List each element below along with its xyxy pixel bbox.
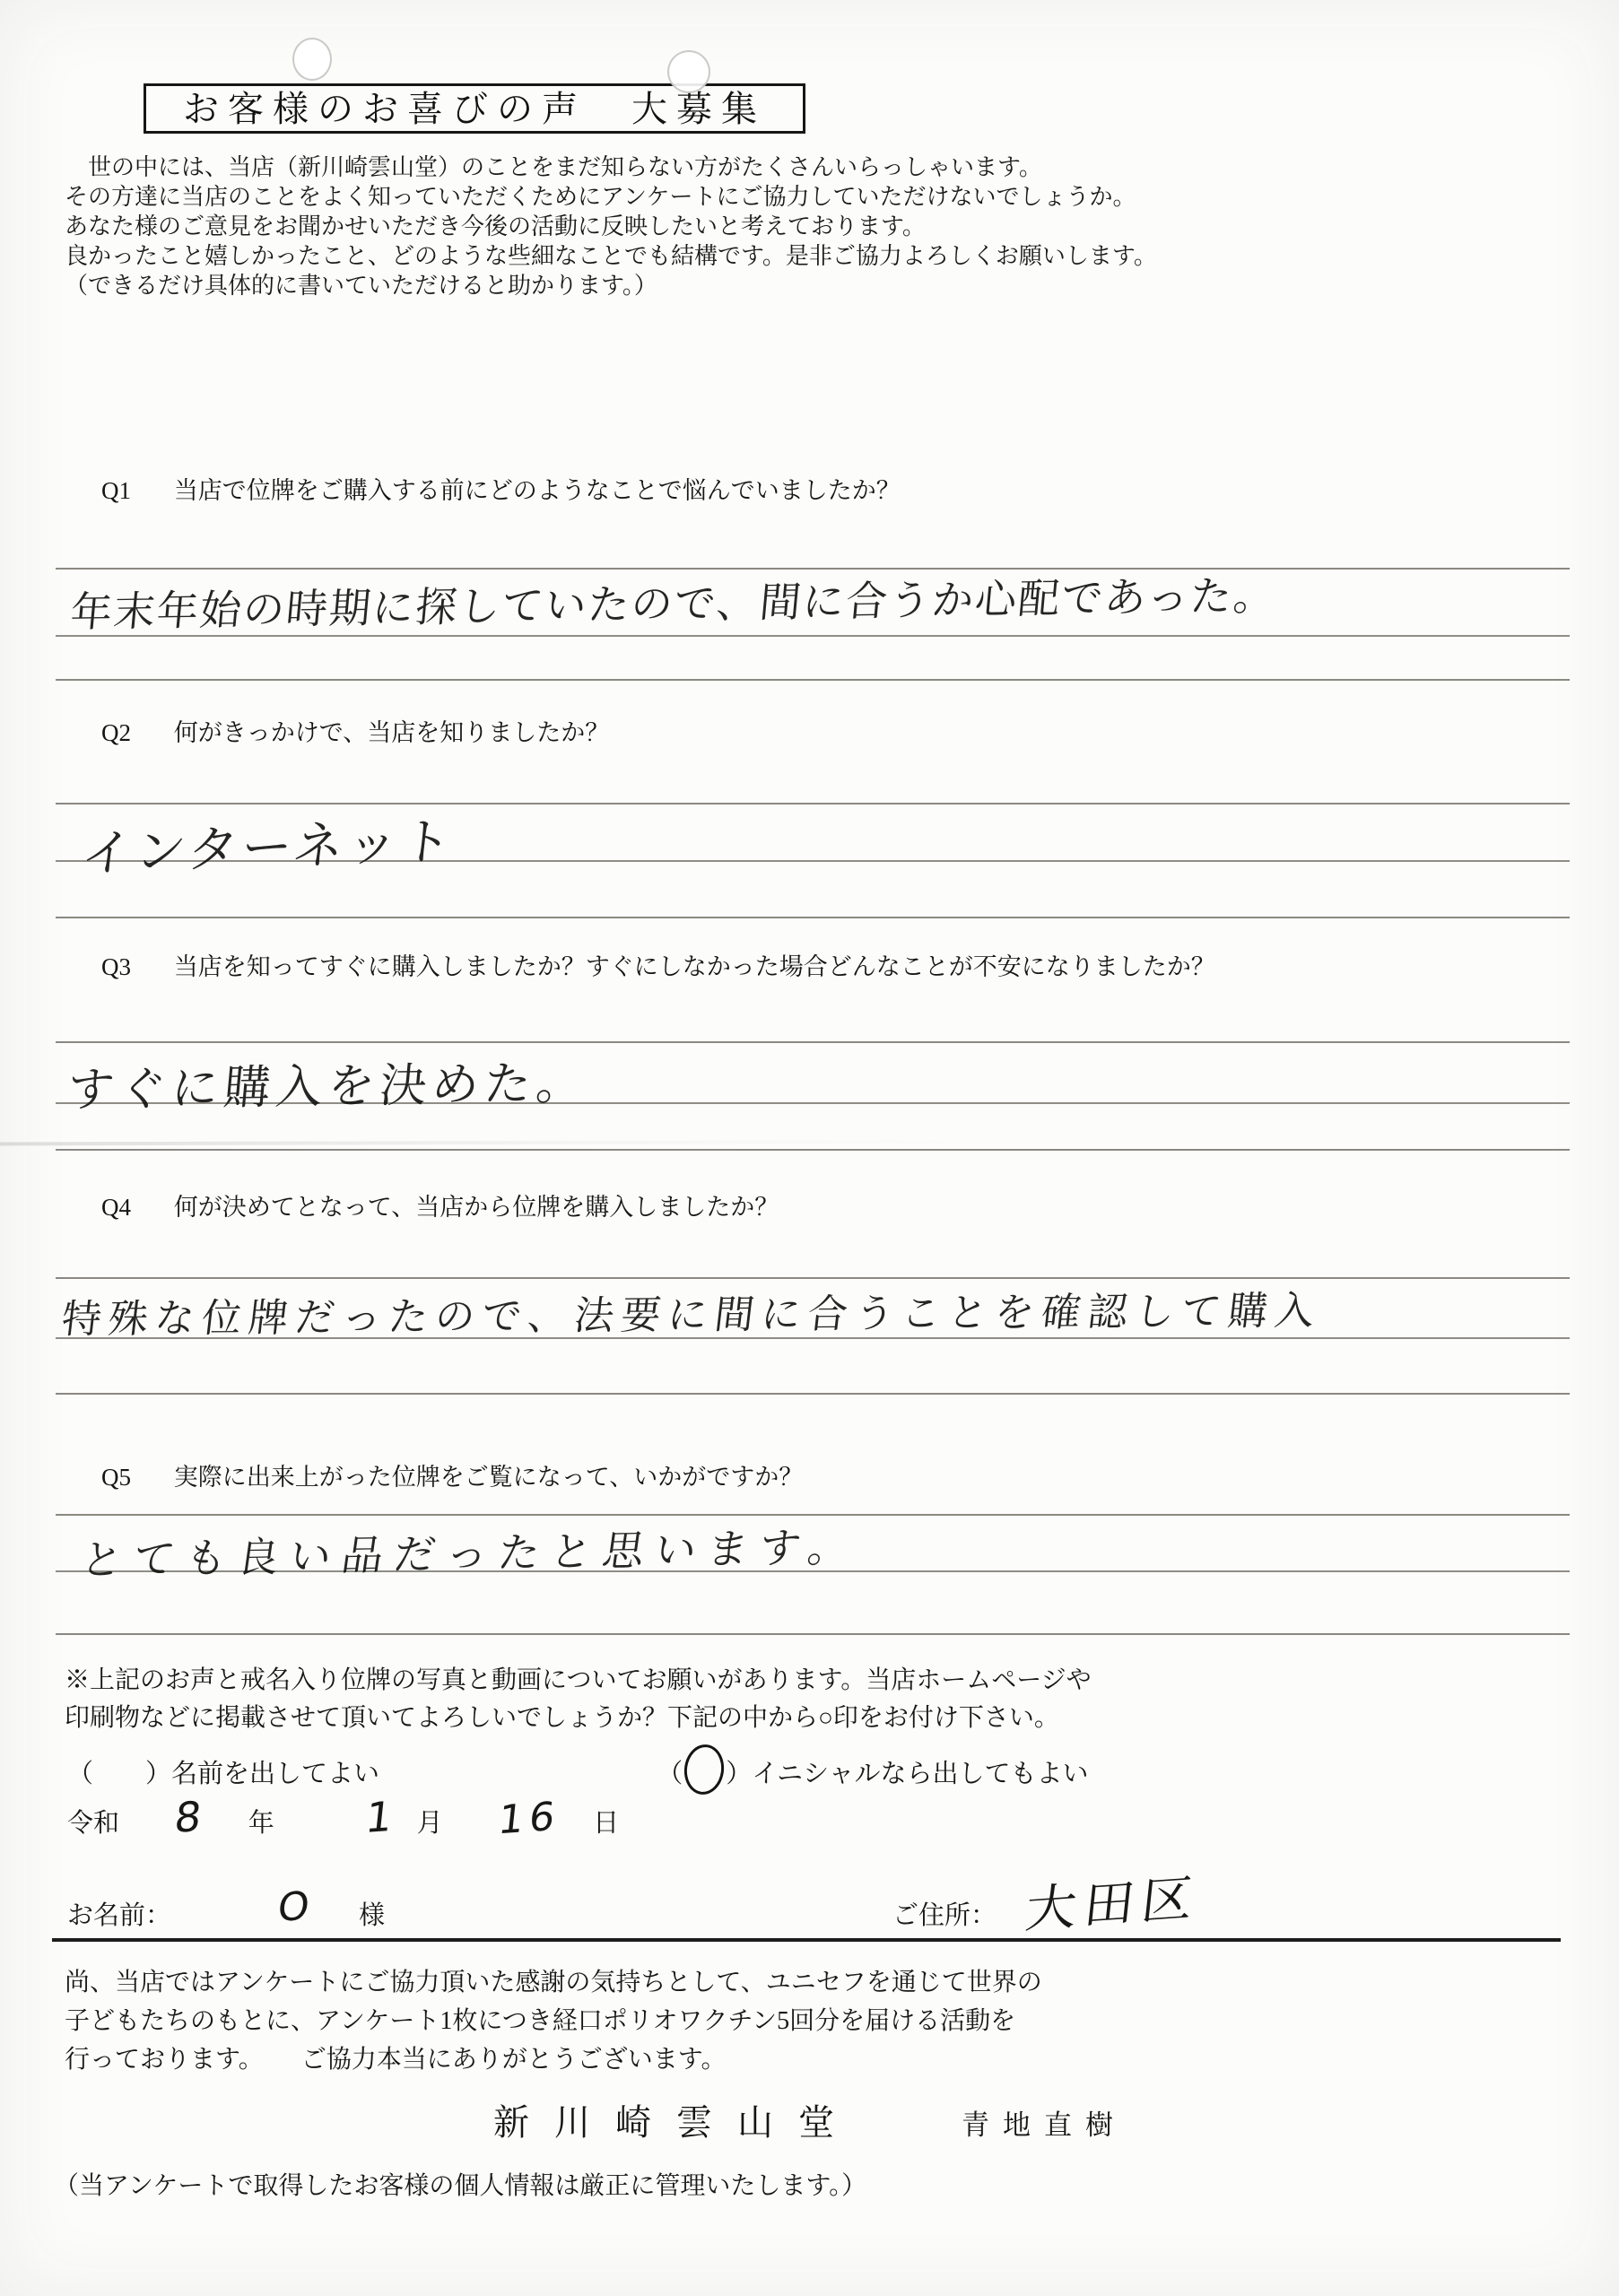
address-label: ご住所： [892, 1895, 997, 1932]
shop-signature-row: 新川崎雲山堂 青地直樹 [0, 2094, 1619, 2141]
answer-area-q1: 年末年始の時期に探していたので、間に合うか心配であった。 [56, 568, 1570, 681]
question-label: Q3 [101, 953, 168, 981]
handwritten-year: 8 [172, 1792, 204, 1842]
handwritten-circle-mark [682, 1743, 727, 1797]
month-label: 月 [417, 1809, 443, 1838]
form-title: お客様のお喜びの声 大募集 [183, 89, 766, 129]
handwritten-answer-q4: 特殊な位牌だったので、法要に間に合うことを確認して購入 [59, 1278, 1326, 1344]
question-text: 実際に出来上がった位牌をご覧になって、いかがですか？ [174, 1464, 803, 1491]
footer-line: 行っております。 ご協力本当にありがとうございます。 [65, 2040, 1619, 2079]
question-label: Q5 [101, 1464, 168, 1492]
option-show-name-label: （ ）名前を出してよい [67, 1760, 379, 1788]
answer-ruled-line [56, 637, 1570, 681]
answer-area-q2: インターネット [56, 803, 1570, 918]
era-label: 令和 [67, 1809, 119, 1838]
intro-line: あなた様のご意見をお聞かせいただき今後の活動に反映したいと考えております。 [65, 212, 1589, 241]
punch-hole [292, 38, 332, 81]
handwritten-name-initial: O [275, 1883, 311, 1931]
permission-options: （ ）名前を出してよい （）イニシャルなら出してもよい [67, 1744, 1619, 1789]
privacy-note: （当アンケートで取得したお客様の個人情報は厳正に管理いたします。） [54, 2166, 1619, 2202]
answer-area-q3: すぐに購入を決めた。 [56, 1041, 1570, 1151]
publication-permission-note: ※上記のお声と戒名入り位牌の写真と動画についてお願いがあります。当店ホームページ… [65, 1662, 1619, 1737]
intro-line: 良かったこと嬉しかったこと、どのような些細なことでも結構です。是非ご協力よろしく… [65, 241, 1589, 271]
handwritten-address: 大田区 [1023, 1858, 1204, 1942]
year-label: 年 [248, 1809, 274, 1838]
answer-area-q5: とても良い品だったと思います。 [56, 1514, 1570, 1635]
question-q4: Q4 何が決めてとなって、当店から位牌を購入しましたか？ [101, 1187, 1619, 1222]
date-row: 令和 8 年 1 月 16 日 [67, 1793, 1619, 1848]
owner-name: 青地直樹 [962, 2109, 1127, 2141]
handwritten-day: 16 [496, 1794, 562, 1844]
name-address-row: お名前： O 様 ご住所： 大田区 [0, 1884, 1619, 1936]
scanned-survey-page: お客様のお喜びの声 大募集 世の中には、当店（新川崎雲山堂）のことをまだ知らない… [0, 0, 1619, 2296]
question-label: Q1 [101, 477, 168, 505]
answer-ruled-line [56, 1339, 1570, 1395]
signature-divider-line [52, 1938, 1561, 1942]
question-text: 当店を知ってすぐに購入しましたか？すぐにしなかった場合どんなことが不安になりまし… [174, 953, 1215, 980]
question-q5: Q5 実際に出来上がった位牌をご覧になって、いかがですか？ [101, 1457, 1619, 1492]
handwritten-answer-q2: インターネット [78, 802, 459, 886]
question-text: 何が決めてとなって、当店から位牌を購入しましたか？ [174, 1194, 779, 1221]
note-line: 印刷物などに掲載させて頂いてよろしいでしょうか？下記の中から○印をお付け下さい。 [65, 1700, 1619, 1737]
intro-line: 世の中には、当店（新川崎雲山堂）のことをまだ知らない方がたくさんいらっしゃいます… [65, 152, 1589, 182]
intro-line: その方達に当店のことをよく知っていただくためにアンケートにご協力していただけない… [65, 182, 1589, 212]
question-q3: Q3 当店を知ってすぐに購入しましたか？すぐにしなかった場合どんなことが不安にな… [101, 947, 1619, 982]
day-label: 日 [593, 1809, 619, 1838]
question-q2: Q2 何がきっかけで、当店を知りましたか？ [101, 713, 1619, 748]
note-line: ※上記のお声と戒名入り位牌の写真と動画についてお願いがあります。当店ホームページ… [65, 1662, 1619, 1700]
name-label: お名前： [67, 1895, 171, 1932]
intro-line: （できるだけ具体的に書いていただけると助かります。） [65, 271, 1589, 300]
option-show-initial-label: イニシャルなら出してもよい [752, 1760, 1088, 1788]
option-show-name: （ ）名前を出してよい [67, 1753, 650, 1790]
answer-area-q4: 特殊な位牌だったので、法要に間に合うことを確認して購入 [56, 1277, 1570, 1395]
question-label: Q4 [101, 1194, 168, 1222]
name-honorific: 様 [359, 1895, 385, 1932]
footer-line: 尚、当店ではアンケートにご協力頂いた感謝の気持ちとして、ユニセフを通じて世界の [65, 1963, 1619, 2002]
handwritten-answer-q3: すぐに購入を決めた。 [65, 1045, 592, 1119]
footer-line: 子どもたちのもとに、アンケート1枚につき経口ポリオワクチン5回分を届ける活動を [65, 2002, 1619, 2040]
option-show-initial: （）イニシャルなら出してもよい [657, 1760, 1088, 1788]
intro-paragraph: 世の中には、当店（新川崎雲山堂）のことをまだ知らない方がたくさんいらっしゃいます… [65, 152, 1589, 300]
question-label: Q2 [101, 719, 168, 747]
handwritten-month: 1 [363, 1792, 395, 1842]
footer-paragraph: 尚、当店ではアンケートにご協力頂いた感謝の気持ちとして、ユニセフを通じて世界の … [65, 1963, 1619, 2079]
paren-close: ） [726, 1760, 752, 1788]
question-text: 何がきっかけで、当店を知りましたか？ [174, 719, 609, 746]
shop-name: 新川崎雲山堂 [493, 2102, 859, 2143]
question-text: 当店で位牌をご購入する前にどのようなことで悩んでいましたか？ [174, 477, 901, 504]
paren-open: （ [657, 1760, 683, 1788]
form-title-box: お客様のお喜びの声 大募集 [144, 83, 805, 134]
punch-hole [667, 50, 710, 93]
question-q1: Q1 当店で位牌をご購入する前にどのようなことで悩んでいましたか？ [101, 471, 1619, 506]
